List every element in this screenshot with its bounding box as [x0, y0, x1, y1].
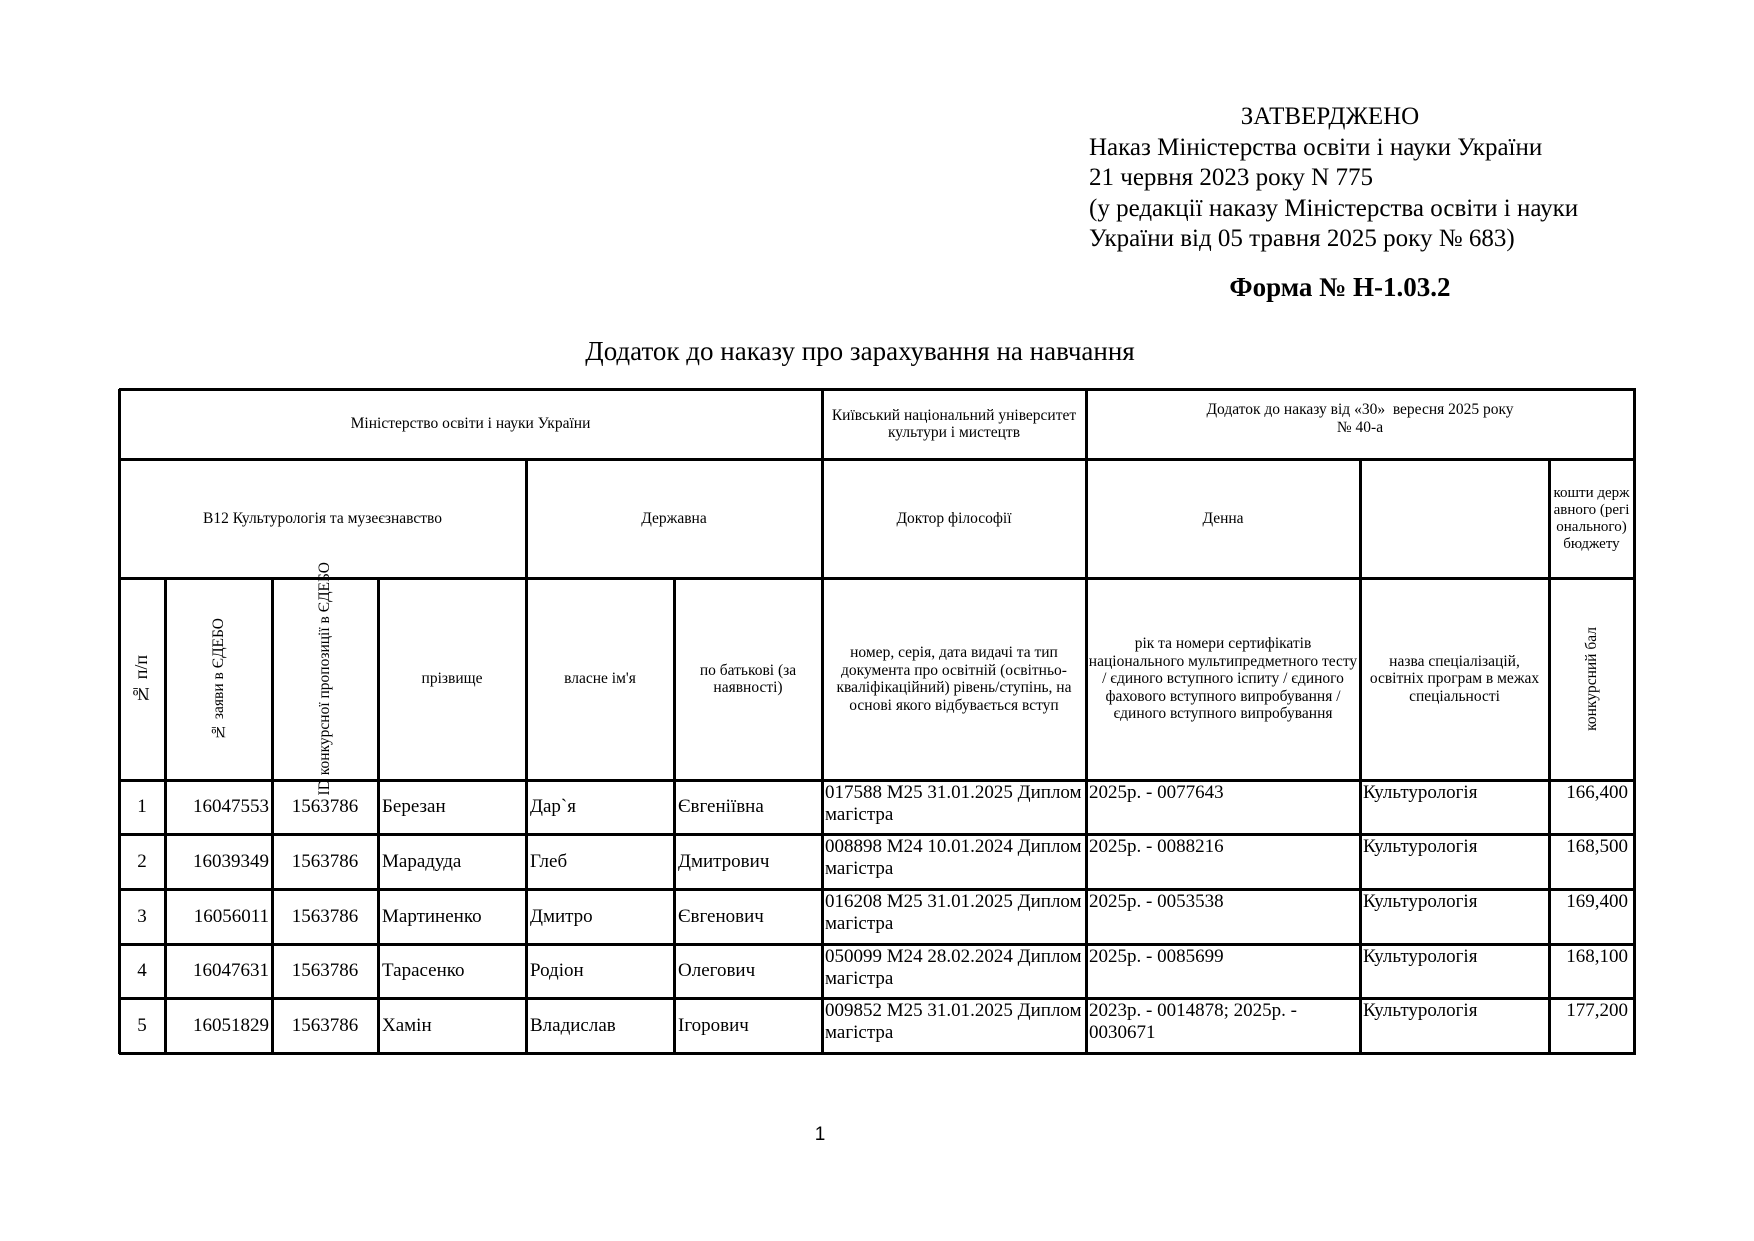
table-rule: [119, 997, 1636, 1000]
table-cell: 5: [119, 998, 165, 1053]
header-study-form-text: Денна: [1202, 510, 1243, 528]
table-cell: 1563786: [272, 944, 378, 998]
column-header: рік та номери сертифікатів національного…: [1086, 578, 1360, 780]
table-cell-text: Дмитрович: [678, 851, 769, 873]
table-cell-text: 1563786: [292, 796, 359, 818]
table-cell: 16051829: [165, 998, 272, 1053]
header-ministry: Міністерство освіти і науки України: [119, 389, 822, 459]
table-cell: Мартиненко: [378, 889, 526, 944]
table-cell-text: 2: [137, 851, 147, 873]
table-cell-text: Олегович: [678, 960, 755, 982]
table-cell: Владислав: [526, 998, 674, 1053]
table-cell-text: Марадуда: [382, 851, 461, 873]
table-cell-text: Культурологія: [1363, 891, 1477, 913]
header-degree: Доктор філософії: [822, 459, 1086, 578]
table-cell: 16056011: [165, 889, 272, 944]
document-title: Додаток до наказу про зарахування на нав…: [560, 336, 1160, 367]
table-cell-text: 1563786: [292, 851, 359, 873]
table-cell-text: 16047553: [193, 796, 269, 818]
header-order-line: № 40-а: [1337, 419, 1383, 437]
table-rule: [1359, 459, 1362, 1054]
table-cell: 2: [119, 834, 165, 889]
table-cell-text: 050099 M24 28.02.2024 Диплом магістра: [825, 946, 1083, 990]
table-cell-text: 2025р. - 0085699: [1089, 946, 1224, 968]
table-cell-text: 1: [137, 796, 147, 818]
header-order: Додаток до наказу від «30» вересня 2025 …: [1086, 389, 1634, 459]
table-cell: 16047553: [165, 780, 272, 834]
header-institution: Київський національний університет культ…: [822, 389, 1086, 459]
table-cell: 017588 M25 31.01.2025 Диплом магістра: [822, 780, 1086, 834]
table-cell-text: 168,100: [1566, 946, 1628, 968]
table-cell: Культурологія: [1360, 780, 1549, 834]
column-header: ID конкурсної пропозиції в ЄДЕБО: [272, 578, 378, 780]
table-cell: Родіон: [526, 944, 674, 998]
table-cell-text: 1563786: [292, 960, 359, 982]
column-header-text: номер, серія, дата видачі та тип докумен…: [824, 644, 1084, 714]
table-cell: 1563786: [272, 889, 378, 944]
table-cell: 2023р. - 0014878; 2025р. - 0030671: [1086, 998, 1360, 1053]
table-cell-text: Тарасенко: [382, 960, 465, 982]
table-cell: 16039349: [165, 834, 272, 889]
table-cell: 168,500: [1549, 834, 1634, 889]
table-cell-text: 1563786: [292, 1015, 359, 1037]
table-cell-text: Ігорович: [678, 1015, 749, 1037]
table-cell-text: Владислав: [530, 1015, 616, 1037]
table-cell: Культурологія: [1360, 834, 1549, 889]
table-cell: 2025р. - 0077643: [1086, 780, 1360, 834]
column-header-text: по батькові (за наявності): [676, 662, 820, 697]
table-cell-text: 168,500: [1566, 836, 1628, 858]
table-cell-text: Євгенович: [678, 906, 764, 928]
table-cell: Культурологія: [1360, 889, 1549, 944]
table-rule: [119, 458, 1636, 461]
table-rule: [119, 833, 1636, 836]
table-rule: [673, 578, 676, 1054]
table-rule: [821, 389, 824, 1054]
table-rule: [119, 388, 1636, 391]
table-cell-text: Родіон: [530, 960, 584, 982]
table-cell: 1563786: [272, 998, 378, 1053]
approval-line: України від 05 травня 2025 року № 683): [1089, 224, 1649, 255]
approval-line: Наказ Міністерства освіти і науки Україн…: [1089, 133, 1649, 164]
table-cell: Євгеніївна: [674, 780, 822, 834]
approval-stamp: ЗАТВЕРДЖЕНО: [1089, 102, 1571, 133]
table-cell: Тарасенко: [378, 944, 526, 998]
table-cell-text: Глеб: [530, 851, 567, 873]
column-header-text: прізвище: [422, 670, 483, 688]
table-cell-text: 5: [137, 1015, 147, 1037]
table-cell-text: 008898 M24 10.01.2024 Диплом магістра: [825, 836, 1083, 880]
table-cell: Культурологія: [1360, 998, 1549, 1053]
table-cell-text: 166,400: [1566, 782, 1628, 804]
table-cell: Культурологія: [1360, 944, 1549, 998]
table-cell: 050099 M24 28.02.2024 Диплом магістра: [822, 944, 1086, 998]
table-cell-text: 017588 M25 31.01.2025 Диплом магістра: [825, 782, 1083, 826]
table-cell: 168,100: [1549, 944, 1634, 998]
table-cell-text: Дар`я: [530, 796, 576, 818]
table-cell-text: 2025р. - 0053538: [1089, 891, 1224, 913]
table-rule: [1548, 459, 1551, 1054]
table-rule: [1085, 389, 1088, 1054]
header-institution-text: Київський національний університет культ…: [824, 407, 1084, 442]
column-header: власне ім'я: [526, 578, 674, 780]
column-header-text: № п/п: [133, 655, 151, 704]
header-funding: кошти державного (регіонального) бюджету: [1549, 459, 1634, 578]
header-funding-text: кошти державного (регіонального) бюджету: [1551, 485, 1632, 553]
table-cell-text: Культурологія: [1363, 782, 1477, 804]
table-cell: Глеб: [526, 834, 674, 889]
table-cell-text: 2025р. - 0088216: [1089, 836, 1224, 858]
header-degree-text: Доктор філософії: [896, 510, 1011, 528]
table-cell-text: 1563786: [292, 906, 359, 928]
table-cell: 009852 M25 31.01.2025 Диплом магістра: [822, 998, 1086, 1053]
column-header-text: конкурсний бал: [1583, 627, 1601, 731]
column-header: по батькові (за наявності): [674, 578, 822, 780]
table-cell: 4: [119, 944, 165, 998]
table-cell: Олегович: [674, 944, 822, 998]
table-cell: 016208 M25 31.01.2025 Диплом магістра: [822, 889, 1086, 944]
table-cell-text: 009852 M25 31.01.2025 Диплом магістра: [825, 1000, 1083, 1044]
header-order-line: Додаток до наказу від «30» вересня 2025 …: [1206, 401, 1513, 419]
table-cell: 008898 M24 10.01.2024 Диплом магістра: [822, 834, 1086, 889]
table-cell-text: Культурологія: [1363, 836, 1477, 858]
table-cell-text: 3: [137, 906, 147, 928]
table-cell: 3: [119, 889, 165, 944]
table-cell-text: 169,400: [1566, 891, 1628, 913]
column-header-text: ID конкурсної пропозиції в ЄДЕБО: [316, 562, 334, 795]
table-cell-text: Дмитро: [530, 906, 593, 928]
table-rule: [118, 389, 121, 1054]
table-cell-text: 2025р. - 0077643: [1089, 782, 1224, 804]
header-ownership-text: Державна: [641, 510, 706, 528]
column-header-text: № заяви в ЄДЕБО: [210, 618, 228, 740]
approval-line: 21 червня 2023 року N 775: [1089, 163, 1649, 194]
table-rule: [119, 943, 1636, 946]
column-header: конкурсний бал: [1549, 578, 1634, 780]
column-header: № заяви в ЄДЕБО: [165, 578, 272, 780]
table-rule: [119, 888, 1636, 891]
column-header-text: назва спеціалізацій, освітніх програм в …: [1362, 653, 1547, 706]
header-ministry-text: Міністерство освіти і науки України: [351, 415, 591, 433]
table-cell-text: Хамін: [382, 1015, 432, 1037]
table-cell-text: Культурологія: [1363, 946, 1477, 968]
table-rule: [377, 578, 380, 1054]
column-header-text: власне ім'я: [564, 670, 636, 688]
table-cell: Березан: [378, 780, 526, 834]
table-rule: [525, 459, 528, 1054]
table-cell: Дмитро: [526, 889, 674, 944]
table-cell: 1563786: [272, 780, 378, 834]
column-header: назва спеціалізацій, освітніх програм в …: [1360, 578, 1549, 780]
table-cell-text: 4: [137, 960, 147, 982]
table-cell: 1: [119, 780, 165, 834]
table-rule: [1633, 389, 1636, 1054]
table-cell: 2025р. - 0053538: [1086, 889, 1360, 944]
approval-block: ЗАТВЕРДЖЕНО Наказ Міністерства освіти і …: [1089, 102, 1649, 255]
page-number: 1: [800, 1124, 840, 1146]
table-cell-text: Березан: [382, 796, 446, 818]
table-rule: [164, 578, 167, 1054]
table-cell: Марадуда: [378, 834, 526, 889]
column-header: номер, серія, дата видачі та тип докумен…: [822, 578, 1086, 780]
table-cell-text: 16039349: [193, 851, 269, 873]
table-rule: [119, 577, 1636, 580]
table-cell: Дар`я: [526, 780, 674, 834]
table-cell-text: Культурологія: [1363, 1000, 1477, 1022]
table-cell: Євгенович: [674, 889, 822, 944]
table-rule: [271, 578, 274, 1054]
table-cell: Ігорович: [674, 998, 822, 1053]
column-header: прізвище: [378, 578, 526, 780]
header-specialty-text: B12 Культурологія та музеєзнавство: [203, 510, 442, 528]
table-cell: 177,200: [1549, 998, 1634, 1053]
table-cell-text: 016208 M25 31.01.2025 Диплом магістра: [825, 891, 1083, 935]
table-cell-text: 16056011: [194, 906, 269, 928]
header-study-form: Денна: [1086, 459, 1360, 578]
table-cell-text: 16051829: [193, 1015, 269, 1037]
table-cell-text: Євгеніївна: [678, 796, 764, 818]
table-cell: 166,400: [1549, 780, 1634, 834]
table-cell-text: 16047631: [193, 960, 269, 982]
table-cell: 16047631: [165, 944, 272, 998]
header-empty: [1360, 459, 1549, 578]
column-header-text: рік та номери сертифікатів національного…: [1088, 635, 1358, 723]
table-cell-text: 2023р. - 0014878; 2025р. - 0030671: [1089, 1000, 1357, 1044]
table-rule: [119, 1052, 1636, 1055]
table-cell: 2025р. - 0085699: [1086, 944, 1360, 998]
table-cell: 169,400: [1549, 889, 1634, 944]
table-cell-text: 177,200: [1566, 1000, 1628, 1022]
header-ownership: Державна: [526, 459, 822, 578]
table-rule: [119, 779, 1636, 782]
header-specialty: B12 Культурологія та музеєзнавство: [119, 459, 526, 578]
column-header: № п/п: [119, 578, 165, 780]
table-cell: Хамін: [378, 998, 526, 1053]
table-cell: Дмитрович: [674, 834, 822, 889]
table-cell: 1563786: [272, 834, 378, 889]
approval-line: (у редакції наказу Міністерства освіти і…: [1089, 194, 1649, 225]
form-number: Форма № Н-1.03.2: [1160, 272, 1520, 303]
table-cell: 2025р. - 0088216: [1086, 834, 1360, 889]
table-cell-text: Мартиненко: [382, 906, 482, 928]
